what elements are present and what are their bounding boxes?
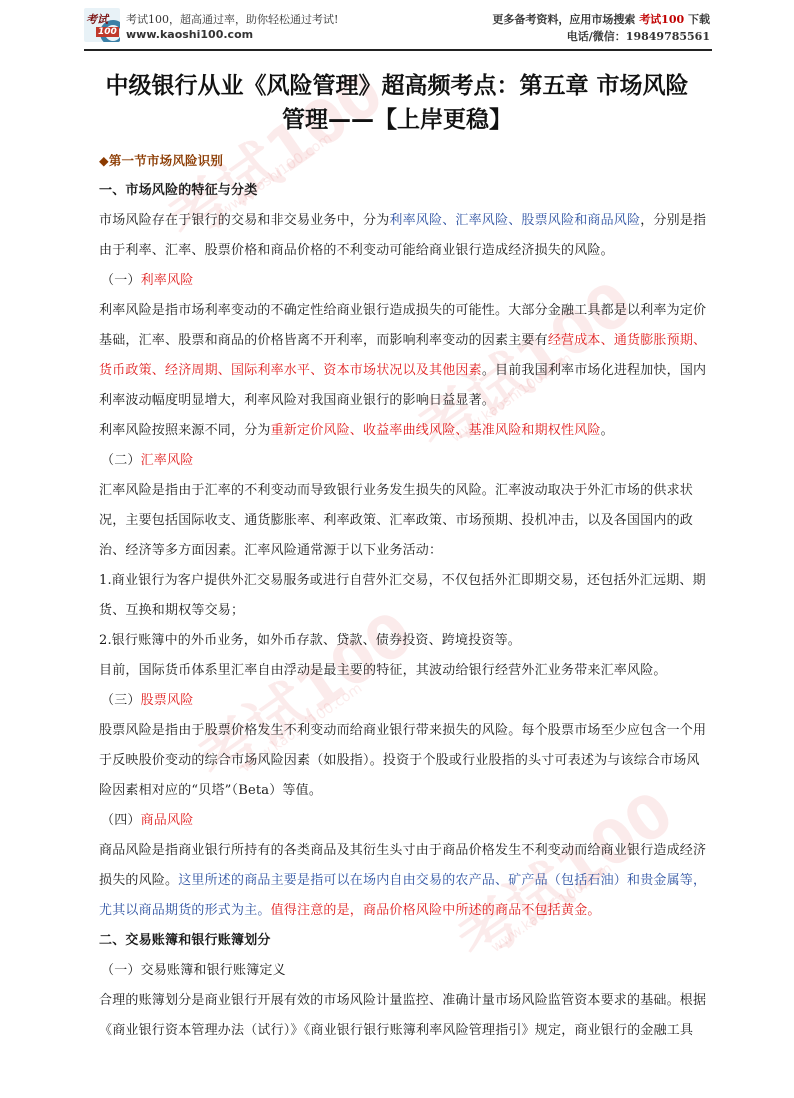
header-contact: 电话/微信：19849785561 bbox=[567, 28, 710, 44]
list-item: 1.商业银行为客户提供外汇交易服务或进行自营外汇交易，不仅包括外汇即期交易，还包… bbox=[99, 566, 711, 596]
highlight-text: 这里所述的商品主要是指可以在场内自由交易的农产品、矿产品（包括石油）和贵金属等， bbox=[178, 873, 706, 888]
heading-market-risk-features: 一、市场风险的特征与分类 bbox=[99, 176, 711, 206]
paragraph: 利率波动幅度明显增大，利率风险对我国商业银行的影响日益显著。 bbox=[99, 386, 711, 416]
paragraph: 商品风险是指商业银行所持有的各类商品及其衍生头寸由于商品价格发生不利变动而给商业… bbox=[99, 836, 711, 866]
paragraph: 尤其以商品期货的形式为主。值得注意的是，商品价格风险中所述的商品不包括黄金。 bbox=[99, 896, 711, 926]
highlight-text: 值得注意的是，商品价格风险中所述的商品不包括黄金。 bbox=[271, 903, 601, 918]
highlight-text: 尤其以商品期货的形式为主。 bbox=[99, 903, 271, 918]
subheading-fx-risk: （二）汇率风险 bbox=[99, 446, 711, 476]
header-website[interactable]: www.kaoshi100.com bbox=[126, 28, 253, 41]
highlight-text: 商品风险 bbox=[141, 813, 194, 828]
highlight-text: 利率风险 bbox=[141, 273, 194, 288]
text: 损失的风险。 bbox=[99, 873, 178, 888]
paragraph: 况，主要包括国际收支、通货膨胀率、利率政策、汇率政策、市场预期、投机冲击，以及各… bbox=[99, 506, 711, 536]
heading-book-division: 二、交易账簿和银行账簿划分 bbox=[99, 926, 711, 956]
header-divider bbox=[84, 49, 712, 51]
promo-suffix: 下载 bbox=[684, 13, 710, 26]
highlight-text: 股票风险 bbox=[141, 693, 194, 708]
paragraph: 险因素相对应的“贝塔”（Beta）等值。 bbox=[99, 776, 711, 806]
subheading-commodity-risk: （四）商品风险 bbox=[99, 806, 711, 836]
section-heading: ◆第一节市场风险识别 bbox=[99, 146, 711, 176]
header-slogan: 考试100，超高通过率，助你轻松通过考试! bbox=[126, 11, 338, 27]
highlight-text: 重新定价风险、收益率曲线风险、基准风险和期权性风险 bbox=[271, 423, 601, 438]
text: （三） bbox=[101, 693, 141, 708]
text: 基础，汇率、股票和商品的价格皆离不开利率，而影响利率变动的因素主要有 bbox=[99, 333, 548, 348]
promo-prefix: 更多备考资料，应用市场搜索 bbox=[492, 13, 639, 26]
paragraph: 《商业银行资本管理办法（试行）》《商业银行银行账簿利率风险管理指引》规定，商业银… bbox=[99, 1016, 711, 1046]
page-title: 中级银行从业《风险管理》超高频考点：第五章 市场风险 管理——【上岸更稳】 bbox=[86, 69, 708, 137]
subheading-book-definition: （一）交易账簿和银行账簿定义 bbox=[99, 956, 711, 986]
highlight-text: 利率风险、汇率风险、股票风险和商品风险 bbox=[389, 213, 640, 228]
subheading-interest-rate-risk: （一）利率风险 bbox=[99, 266, 711, 296]
header-promo: 更多备考资料，应用市场搜索 考试100 下载 bbox=[492, 11, 710, 27]
text: 市场风险存在于银行的交易和非交易业务中，分为 bbox=[99, 213, 389, 228]
paragraph: 股票风险是指由于股票价格发生不利变动而给商业银行带来损失的风险。每个股票市场至少… bbox=[99, 716, 711, 746]
paragraph: 合理的账簿划分是商业银行开展有效的市场风险计量监控、准确计量市场风险监管资本要求… bbox=[99, 986, 711, 1016]
paragraph: 利率风险是指市场利率变动的不确定性给商业银行造成损失的可能性。大部分金融工具都是… bbox=[99, 296, 711, 326]
page-header: 考试 100 考试100，超高通过率，助你轻松通过考试! www.kaoshi1… bbox=[84, 6, 712, 46]
paragraph: 货币政策、经济周期、国际利率水平、资本市场状况以及其他因素。目前我国利率市场化进… bbox=[99, 356, 711, 386]
logo-badge: 100 bbox=[96, 27, 119, 37]
paragraph: 基础，汇率、股票和商品的价格皆离不开利率，而影响利率变动的因素主要有经营成本、通… bbox=[99, 326, 711, 356]
subheading-equity-risk: （三）股票风险 bbox=[99, 686, 711, 716]
kaoshi100-logo-icon: 考试 100 bbox=[84, 8, 120, 42]
paragraph: 市场风险存在于银行的交易和非交易业务中，分为利率风险、汇率风险、股票风险和商品风… bbox=[99, 206, 711, 236]
title-line-2: 管理——【上岸更稳】 bbox=[86, 103, 708, 137]
document-body: ◆第一节市场风险识别 一、市场风险的特征与分类 市场风险存在于银行的交易和非交易… bbox=[99, 146, 711, 1046]
text: 。目前我国利率市场化进程加快，国内 bbox=[482, 363, 706, 378]
paragraph: 于反映股价变动的综合市场风险因素（如股指）。投资于个股或行业股指的头寸可表述为与… bbox=[99, 746, 711, 776]
logo-text: 考试 bbox=[86, 11, 108, 27]
paragraph: 汇率风险是指由于汇率的不利变动而导致银行业务发生损失的风险。汇率波动取决于外汇市… bbox=[99, 476, 711, 506]
list-item: 2.银行账簿中的外币业务，如外币存款、贷款、债券投资、跨境投资等。 bbox=[99, 626, 711, 656]
highlight-text: 货币政策、经济周期、国际利率水平、资本市场状况以及其他因素 bbox=[99, 363, 482, 378]
highlight-text: 汇率风险 bbox=[141, 453, 194, 468]
text: ，分别是指 bbox=[640, 213, 706, 228]
promo-brand: 考试100 bbox=[639, 13, 684, 26]
text: 利率风险按照来源不同，分为 bbox=[99, 423, 271, 438]
paragraph: 治、经济等多方面因素。汇率风险通常源于以下业务活动： bbox=[99, 536, 711, 566]
paragraph: 目前，国际货币体系里汇率自由浮动是最主要的特征，其波动给银行经营外汇业务带来汇率… bbox=[99, 656, 711, 686]
text: （一） bbox=[101, 273, 141, 288]
list-item: 货、互换和期权等交易； bbox=[99, 596, 711, 626]
text: 。 bbox=[601, 423, 614, 438]
text: （二） bbox=[101, 453, 141, 468]
paragraph: 利率风险按照来源不同，分为重新定价风险、收益率曲线风险、基准风险和期权性风险。 bbox=[99, 416, 711, 446]
title-line-1: 中级银行从业《风险管理》超高频考点：第五章 市场风险 bbox=[86, 69, 708, 103]
paragraph: 由于利率、汇率、股票价格和商品价格的不利变动可能给商业银行造成经济损失的风险。 bbox=[99, 236, 711, 266]
text: （四） bbox=[101, 813, 141, 828]
highlight-text: 经营成本、通货膨胀预期、 bbox=[548, 333, 706, 348]
paragraph: 损失的风险。这里所述的商品主要是指可以在场内自由交易的农产品、矿产品（包括石油）… bbox=[99, 866, 711, 896]
